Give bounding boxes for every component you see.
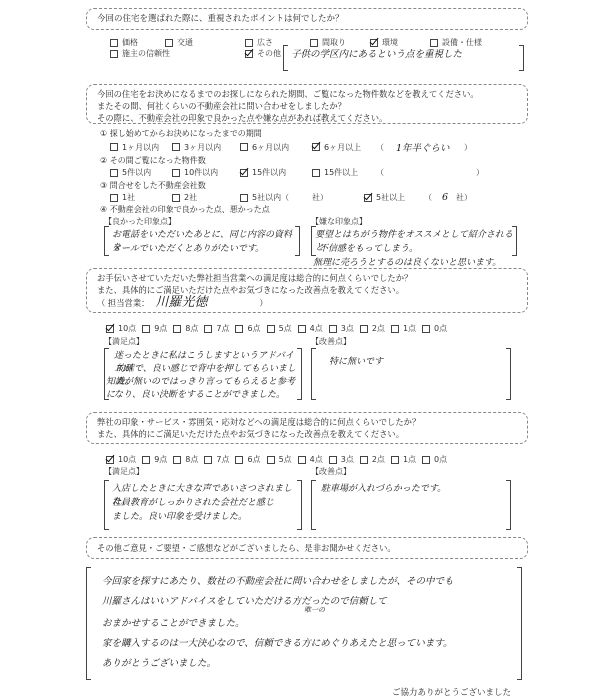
q1-option-price[interactable]: 価格 [110,37,165,48]
q1-question: 今回の住宅を選ばれた際に、重視されたポイントは何でしたか？ [97,14,344,24]
q2-companies-title: ③ 問合せをした不動産会社数 [100,180,206,191]
checkbox[interactable] [110,39,118,47]
period-1month[interactable]: 1ヶ月以内 [110,142,172,153]
q3-score-3[interactable]: 3点 [329,323,354,334]
checkbox[interactable] [110,169,118,177]
q1-question-box: 今回の住宅を選ばれた際に、重視されたポイントは何でしたか？ [86,8,528,30]
q3-score-7[interactable]: 7点 [204,323,229,334]
q4-score-0[interactable]: 0点 [422,454,447,465]
q4-improve-line: 駐車場が入れづらかったです。 [321,481,446,494]
q1-option-other[interactable]: その他 [245,48,281,59]
q4-score-7[interactable]: 7点 [204,454,229,465]
checkbox[interactable] [204,456,212,464]
q3-score-5[interactable]: 5点 [267,323,292,334]
q3-score-1[interactable]: 1点 [391,323,416,334]
checkbox[interactable] [172,169,180,177]
q4-score-2[interactable]: 2点 [360,454,385,465]
checkbox[interactable] [110,143,118,151]
checkbox-checked[interactable] [106,456,114,464]
props-5[interactable]: 5件以内 [110,167,172,178]
checkbox[interactable] [312,169,320,177]
q3-question-line: お手伝いさせていただいた弊社担当営業への満足度は総合的に何点くらいでしたか？ [97,272,517,284]
q4-question-box: 弊社の印象・サービス・雰囲気・応対などへの満足度は総合的に何点くらいでしたか？ … [86,412,528,444]
q5-comment-line: 家を購入するのは一大決心なので、信頼できる方にめぐりあえたと思っています。 [102,635,453,649]
q4-score-4[interactable]: 4点 [298,454,323,465]
checkbox-checked[interactable] [364,194,372,202]
checkbox[interactable] [235,325,243,333]
q2-question-line: またその間、何社くらいの不動産会社に問い合わせをしましたか？ [97,100,517,112]
companies-over-5[interactable]: 5社以上 [364,192,424,203]
companies-1[interactable]: 1社 [110,192,172,203]
q4-satisfied-label: 【満足点】 [104,466,144,477]
period-detail: 1年半ぐらい [384,140,464,154]
checkbox-checked[interactable] [106,325,114,333]
good-impression-line: メールでいただくとありがたいです。 [112,241,264,254]
q4-scores: 10点 9点 8点 7点 6点 5点 4点 3点 2点 1点 0点 [106,454,447,465]
checkbox-checked[interactable] [312,143,320,151]
q3-scores: 10点 9点 8点 7点 6点 5点 4点 3点 2点 1点 0点 [106,323,447,334]
q4-satisfied-line: 社員教育がしっかりされた会社だと感じ [112,495,274,508]
checkbox[interactable] [172,143,180,151]
q2-question-line: 今回の住宅をお決めになるまでのお探しになられた期間、ご覧になった物件数などを教え… [97,88,517,100]
footer-thanks: ご協力ありがとうございました [392,686,511,698]
q2-properties-title: ② その間ご覧になった物件数 [100,155,206,166]
q4-question-line: 弊社の印象・サービス・雰囲気・応対などへの満足度は総合的に何点くらいでしたか？ [97,416,517,428]
within-suffix: 社） [312,192,364,203]
paren: ） [464,142,472,153]
q2-period-options: 1ヶ月以内 3ヶ月以内 6ヶ月以内 6ヶ月以上 （ 1年半ぐらい ） [110,140,472,154]
paren: （ [424,192,442,203]
checkbox[interactable] [360,456,368,464]
q5-comment-line: ありがとうございました。 [102,655,216,669]
period-3months[interactable]: 3ヶ月以内 [172,142,240,153]
q2-impressions-title: ④ 不動産会社の印象で良かった点、悪かった点 [100,204,270,215]
q4-improve-box[interactable]: 駐車場が入れづらかったです。 [311,480,511,530]
checkbox[interactable] [173,456,181,464]
q5-question-box: その他ご意見・ご要望・ご感想などがございましたら、是非お聞かせください。 [86,537,528,559]
checkbox[interactable] [298,456,306,464]
good-impression-box[interactable]: お電話をいただいたあとに、同じ内容の資料を メールでいただくとありがたいです。 [104,226,300,256]
checkbox[interactable] [391,456,399,464]
checkbox[interactable] [391,325,399,333]
q3-satisfied-box[interactable]: 迷ったときに私はこうしますというアドバイスが 的確で、良い感じで背中を押してもら… [104,348,302,400]
q4-score-10[interactable]: 10点 [106,454,136,465]
checkbox[interactable] [267,325,275,333]
q2-period-title: ① 探し始めてからお決めになったまでの期間 [100,128,262,139]
q1-options-row-2: 施主の信頼性 その他 [110,48,281,59]
q4-score-1[interactable]: 1点 [391,454,416,465]
q5-comment-box[interactable]: 今回家を探すにあたり、数社の不動産会社に問い合わせをしましたが、その中でも 川羅… [86,567,522,680]
q4-score-3[interactable]: 3点 [329,454,354,465]
companies-suffix: 社） [456,192,472,203]
q3-score-6[interactable]: 6点 [235,323,260,334]
bad-impression-line: 不信感をもってしまう。 [319,241,418,254]
q5-question: その他ご意見・ご要望・ご感想などがございましたら、是非お聞かせください。 [97,543,396,553]
checkbox[interactable] [204,325,212,333]
checkbox[interactable] [110,50,118,58]
checkbox[interactable] [298,325,306,333]
companies-within-5[interactable]: 5社以内（ [240,192,312,203]
q3-satisfied-label: 【満足点】 [104,336,144,347]
q4-satisfied-line: ました。良い印象を受けました。 [112,509,247,522]
rep-row: （ 担当営業： 川羅光徳 ） [97,296,517,310]
q4-question-line: また、具体的にご満足いただけた点やお気づきになった改善点を教えてください。 [97,428,517,440]
rep-name: 川羅光徳 [149,296,259,310]
q2-properties-options: 5件以内 10件以内 15件以内 15件以上 （ ） [110,167,484,178]
q4-score-5[interactable]: 5点 [267,454,292,465]
checkbox[interactable] [245,39,253,47]
q3-improve-label: 【改善点】 [311,336,351,347]
q4-score-9[interactable]: 9点 [142,454,167,465]
props-15[interactable]: 15件以内 [240,167,312,178]
q1-other-answer-box[interactable]: 子供の学区内にあるという点を重視した [283,45,524,71]
q2-companies-options: 1社 2社 5社以内（ 社） 5社以上 （ 6 社） [110,192,472,203]
q3-score-9[interactable]: 9点 [142,323,167,334]
q4-improve-label: 【改善点】 [311,466,351,477]
q3-improve-box[interactable]: 特に無いです [311,348,511,400]
q3-score-2[interactable]: 2点 [360,323,385,334]
checkbox[interactable] [360,325,368,333]
q1-option-transport[interactable]: 交通 [165,37,245,48]
checkbox[interactable] [267,456,275,464]
q3-satisfied-line: なり、良い決断をすることができました。 [114,387,285,400]
companies-count: 6 [442,192,456,203]
q5-comment-line: おまかせすることができました。 [102,615,245,629]
props-10[interactable]: 10件以内 [172,167,240,178]
q1-option-trust[interactable]: 施主の信頼性 [110,48,245,59]
checkbox[interactable] [142,325,150,333]
bad-impression-line: 無理に売ろうとするのは良くないと思います。 [313,255,501,268]
q3-question-box: お手伝いさせていただいた弊社担当営業への満足度は総合的に何点くらいでしたか？ ま… [86,268,528,313]
checkbox[interactable] [240,194,248,202]
props-over-15[interactable]: 15件以上 [312,167,376,178]
paren: （ [376,167,384,178]
q3-score-0[interactable]: 0点 [422,323,447,334]
checkbox[interactable] [142,456,150,464]
q5-insert-note: 唯一の [304,605,325,615]
checkbox-checked[interactable] [240,169,248,177]
q2-question-line: その際に、不動産会社の印象で良かった点や嫌な点があれば教えてください。 [97,112,517,124]
checkbox[interactable] [422,456,430,464]
checkbox[interactable] [240,143,248,151]
q1-other-answer: 子供の学区内にあるという点を重視した [291,46,462,60]
q3-score-4[interactable]: 4点 [298,323,323,334]
checkbox[interactable] [329,456,337,464]
q4-score-8[interactable]: 8点 [173,454,198,465]
checkbox[interactable] [235,456,243,464]
q4-score-6[interactable]: 6点 [235,454,260,465]
q3-improve-line: 特に無いです [329,354,383,367]
rep-close: ） [259,296,267,310]
checkbox[interactable] [110,194,118,202]
period-6months[interactable]: 6ヶ月以内 [240,142,312,153]
q5-comment-line: 今回家を探すにあたり、数社の不動産会社に問い合わせをしましたが、その中でも [102,573,454,587]
q5-comment-line: 川羅さんはいいアドバイスをしていただける方だったので信頼して [102,593,387,607]
q3-score-10[interactable]: 10点 [106,323,136,334]
checkbox[interactable] [329,325,337,333]
checkbox[interactable] [165,39,173,47]
checkbox-checked[interactable] [245,50,253,58]
checkbox[interactable] [422,325,430,333]
bad-impression-box[interactable]: 要望とはちがう物件をオススメとして紹介されると 不信感をもってしまう。 無理に売… [311,226,517,256]
paren: （ [376,142,384,153]
checkbox[interactable] [172,194,180,202]
q4-satisfied-box[interactable]: 入店したときに大きな声であいさつされました。 社員教育がしっかりされた会社だと感… [104,480,302,530]
paren: ） [476,167,484,178]
period-over-6months[interactable]: 6ヶ月以上 [312,142,376,153]
q2-question-box: 今回の住宅をお決めになるまでのお探しになられた期間、ご覧になった物件数などを教え… [86,84,528,124]
companies-2[interactable]: 2社 [172,192,240,203]
checkbox[interactable] [173,325,181,333]
q3-score-8[interactable]: 8点 [173,323,198,334]
rep-label: （ 担当営業： [97,296,149,310]
